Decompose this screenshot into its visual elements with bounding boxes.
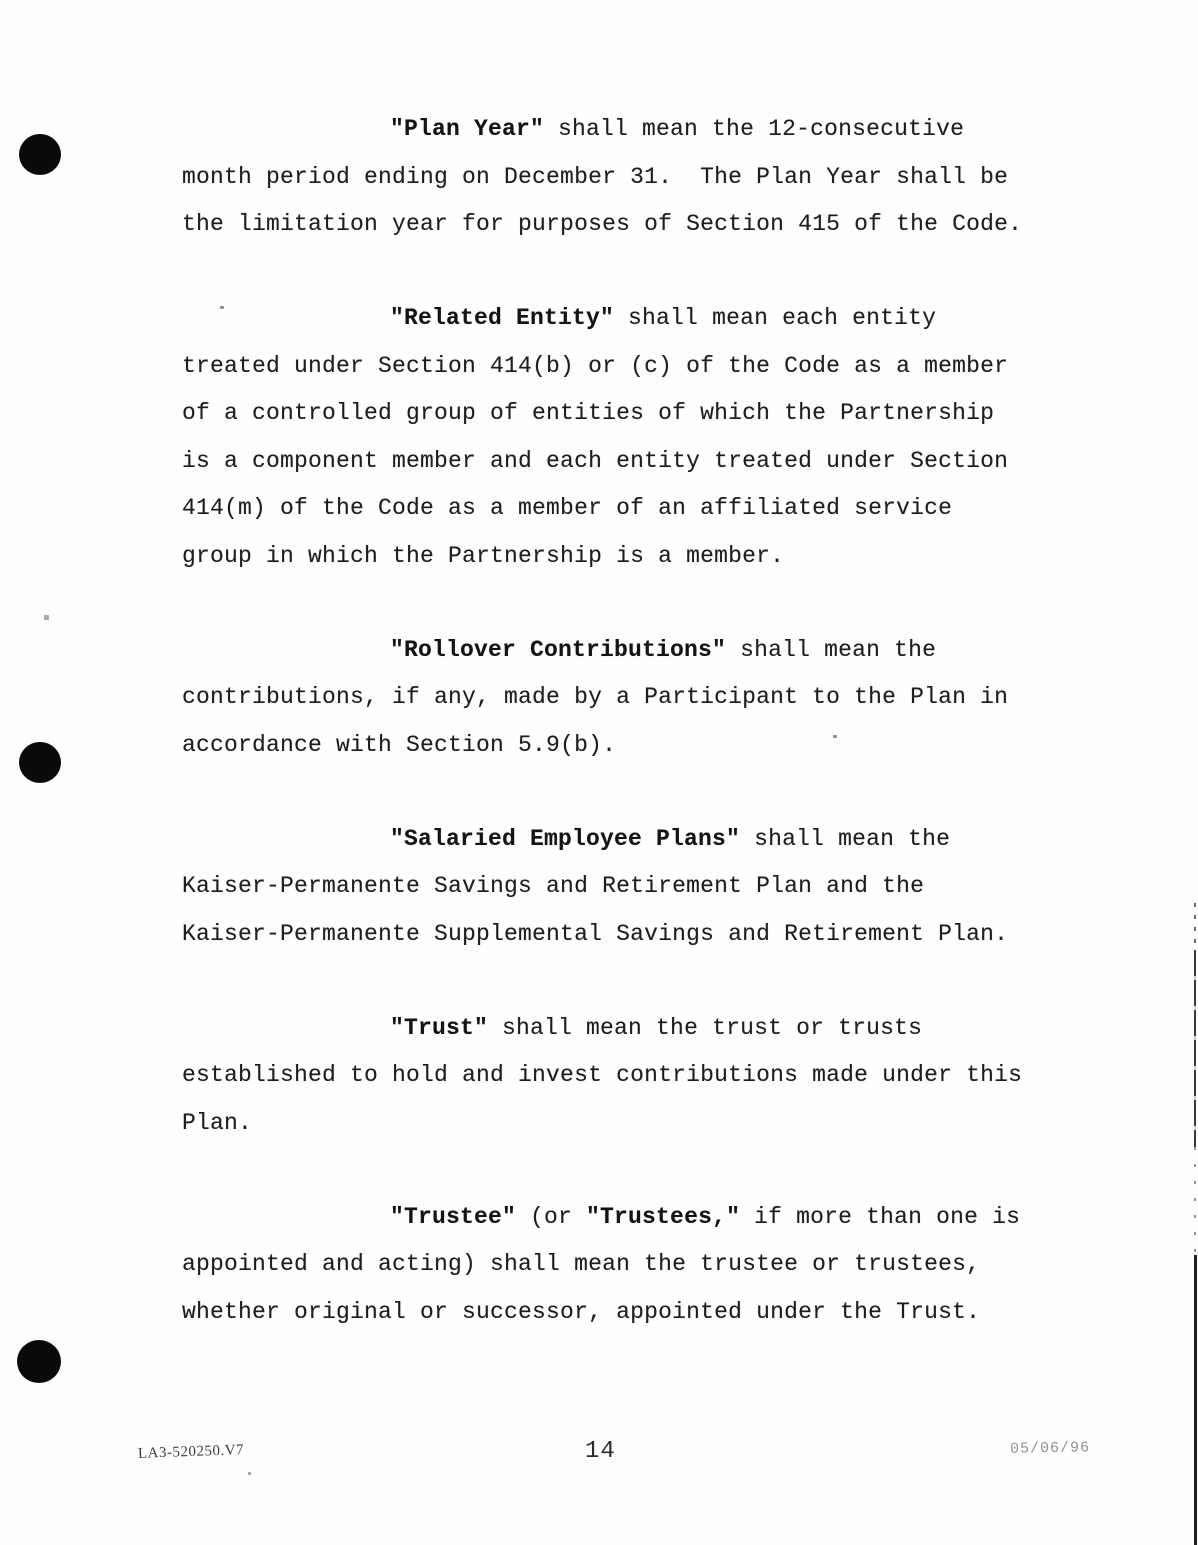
text-segment: Kaiser-Permanente Savings and Retirement… bbox=[182, 873, 924, 899]
text-line: 414(m) of the Code as a member of an aff… bbox=[182, 485, 1172, 533]
text-line: group in which the Partnership is a memb… bbox=[182, 533, 1172, 581]
text-segment: of a controlled group of entities of whi… bbox=[182, 400, 994, 426]
text-segment: month period ending on December 31. The … bbox=[182, 164, 1008, 190]
scan-speck bbox=[44, 615, 49, 620]
text-line: whether original or successor, appointed… bbox=[182, 1289, 1172, 1337]
text-segment: shall mean the trust or trusts bbox=[488, 1015, 922, 1041]
text-segment: treated under Section 414(b) or (c) of t… bbox=[182, 353, 1008, 379]
document-page: "Plan Year" shall mean the 12-consecutiv… bbox=[0, 0, 1198, 1545]
text-line: of a controlled group of entities of whi… bbox=[182, 390, 1172, 438]
text-line: "Salaried Employee Plans" shall mean the bbox=[182, 816, 1172, 864]
scan-speck bbox=[248, 1472, 251, 1475]
text-segment: the limitation year for purposes of Sect… bbox=[182, 211, 1022, 237]
document-body: "Plan Year" shall mean the 12-consecutiv… bbox=[182, 106, 1172, 1336]
text-line: Plan. bbox=[182, 1100, 1172, 1148]
hole-punch-mark bbox=[17, 1340, 61, 1383]
paragraph: "Salaried Employee Plans" shall mean the… bbox=[182, 816, 1172, 959]
page-edge-artifact bbox=[1194, 903, 1196, 950]
defined-term: "Trustees," bbox=[586, 1204, 740, 1230]
text-segment: accordance with Section 5.9(b). bbox=[182, 732, 616, 758]
page-number: 14 bbox=[585, 1438, 616, 1465]
defined-term: "Trustee" bbox=[390, 1204, 516, 1230]
page-edge-artifact bbox=[1194, 1255, 1197, 1545]
text-segment: shall mean each entity bbox=[614, 305, 936, 331]
defined-term: "Rollover Contributions" bbox=[390, 637, 726, 663]
paragraph: "Trustee" (or "Trustees," if more than o… bbox=[182, 1194, 1172, 1337]
footer-date: 05/06/96 bbox=[1010, 1439, 1090, 1457]
paragraph: "Trust" shall mean the trust or trustses… bbox=[182, 1005, 1172, 1148]
text-line: contributions, if any, made by a Partici… bbox=[182, 674, 1172, 722]
text-line: accordance with Section 5.9(b). bbox=[182, 722, 1172, 770]
text-segment: established to hold and invest contribut… bbox=[182, 1062, 1022, 1088]
text-line: Kaiser-Permanente Supplemental Savings a… bbox=[182, 911, 1172, 959]
page-edge-artifact bbox=[1194, 950, 1196, 1147]
paragraph: "Related Entity" shall mean each entityt… bbox=[182, 295, 1172, 580]
text-segment: Plan. bbox=[182, 1110, 252, 1136]
text-line: "Trust" shall mean the trust or trusts bbox=[182, 1005, 1172, 1053]
text-segment: if more than one is bbox=[740, 1204, 1020, 1230]
defined-term: "Salaried Employee Plans" bbox=[390, 826, 740, 852]
text-segment: shall mean the 12-consecutive bbox=[544, 116, 964, 142]
footer-doc-id: LA3-520250.V7 bbox=[138, 1442, 245, 1463]
scan-speck bbox=[833, 735, 837, 738]
text-line: "Related Entity" shall mean each entity bbox=[182, 295, 1172, 343]
text-line: "Trustee" (or "Trustees," if more than o… bbox=[182, 1194, 1172, 1242]
text-segment: shall mean the bbox=[740, 826, 950, 852]
text-line: established to hold and invest contribut… bbox=[182, 1052, 1172, 1100]
text-segment: whether original or successor, appointed… bbox=[182, 1299, 980, 1325]
text-line: the limitation year for purposes of Sect… bbox=[182, 201, 1172, 249]
text-line: Kaiser-Permanente Savings and Retirement… bbox=[182, 863, 1172, 911]
hole-punch-mark bbox=[19, 742, 61, 783]
page-edge-artifact bbox=[1194, 1147, 1196, 1255]
text-segment: (or bbox=[516, 1204, 586, 1230]
defined-term: "Trust" bbox=[390, 1015, 488, 1041]
defined-term: "Plan Year" bbox=[390, 116, 544, 142]
text-segment: 414(m) of the Code as a member of an aff… bbox=[182, 495, 952, 521]
text-segment: Kaiser-Permanente Supplemental Savings a… bbox=[182, 921, 1008, 947]
text-segment: shall mean the bbox=[726, 637, 936, 663]
text-line: "Plan Year" shall mean the 12-consecutiv… bbox=[182, 106, 1172, 154]
text-segment: group in which the Partnership is a memb… bbox=[182, 543, 784, 569]
defined-term: "Related Entity" bbox=[390, 305, 614, 331]
hole-punch-mark bbox=[19, 134, 61, 175]
text-line: appointed and acting) shall mean the tru… bbox=[182, 1241, 1172, 1289]
text-line: month period ending on December 31. The … bbox=[182, 154, 1172, 202]
paragraph: "Plan Year" shall mean the 12-consecutiv… bbox=[182, 106, 1172, 249]
text-segment: is a component member and each entity tr… bbox=[182, 448, 1008, 474]
text-line: "Rollover Contributions" shall mean the bbox=[182, 627, 1172, 675]
text-segment: contributions, if any, made by a Partici… bbox=[182, 684, 1008, 710]
paragraph: "Rollover Contributions" shall mean thec… bbox=[182, 627, 1172, 770]
scan-speck bbox=[220, 306, 224, 309]
text-segment: appointed and acting) shall mean the tru… bbox=[182, 1251, 980, 1277]
text-line: is a component member and each entity tr… bbox=[182, 438, 1172, 486]
text-line: treated under Section 414(b) or (c) of t… bbox=[182, 343, 1172, 391]
